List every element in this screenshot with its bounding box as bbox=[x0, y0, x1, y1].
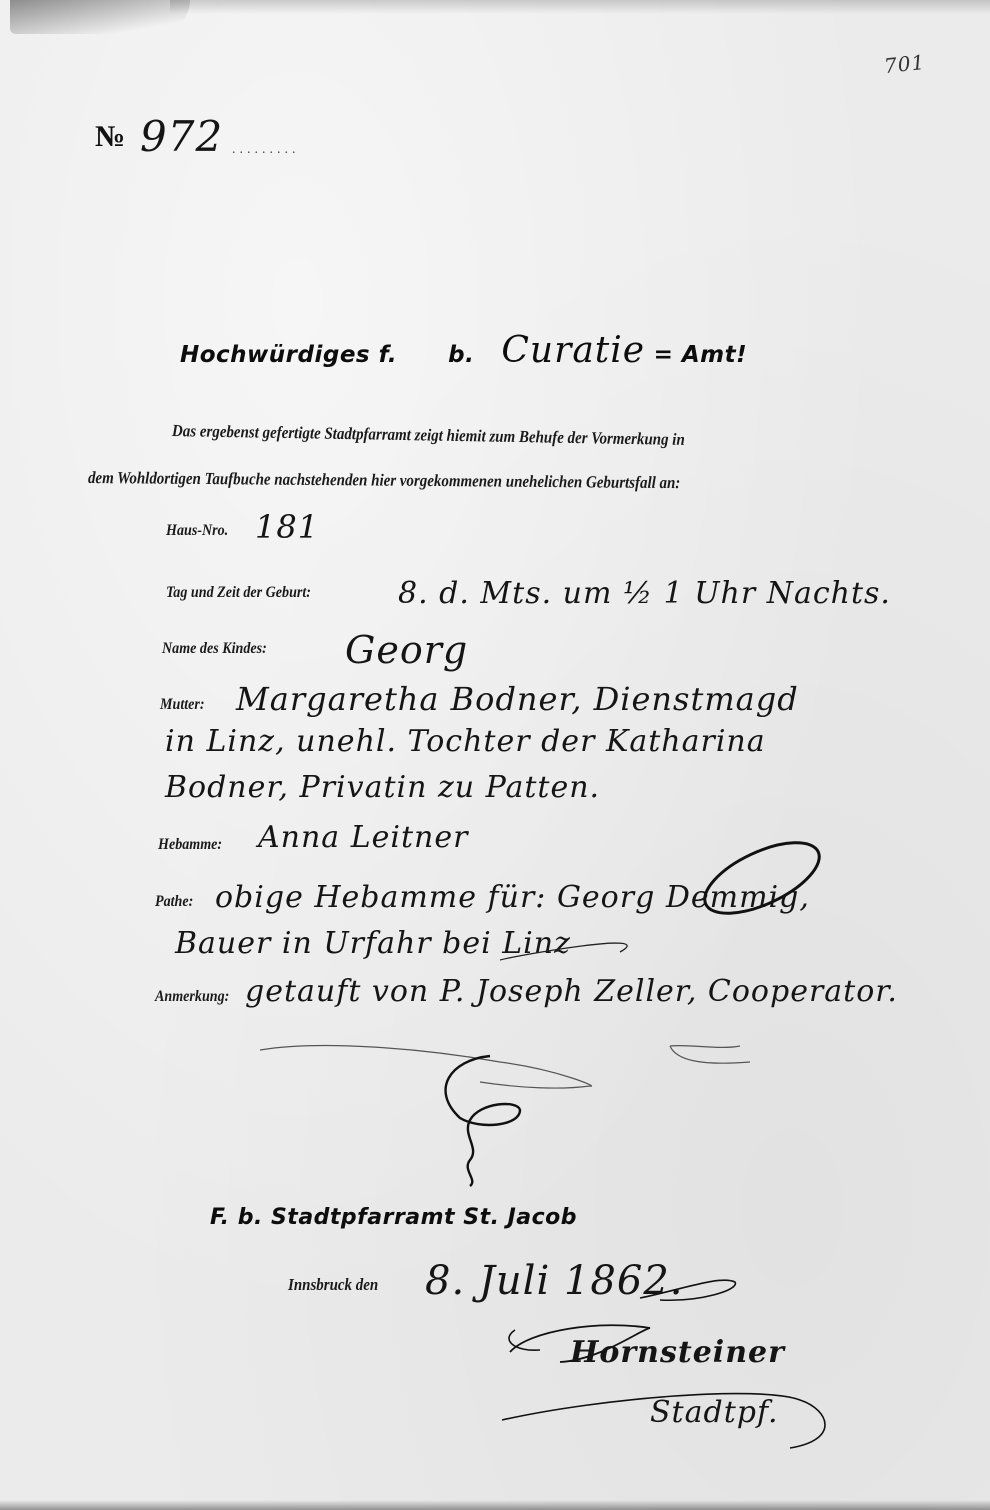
issuing-office: F. b. Stadtpfarramt St. Jacob bbox=[210, 1205, 577, 1230]
signature-name: Hornsteiner bbox=[570, 1335, 785, 1370]
issue-date: 8. Juli 1862. bbox=[425, 1258, 684, 1304]
document-page: 701 № 972 ......... Hochwürdiges f. b. C… bbox=[0, 0, 990, 1510]
place-date-label: Innsbruck den bbox=[288, 1275, 378, 1295]
signature-title: Stadtpf. bbox=[650, 1395, 779, 1430]
flourish-loop bbox=[695, 828, 829, 928]
